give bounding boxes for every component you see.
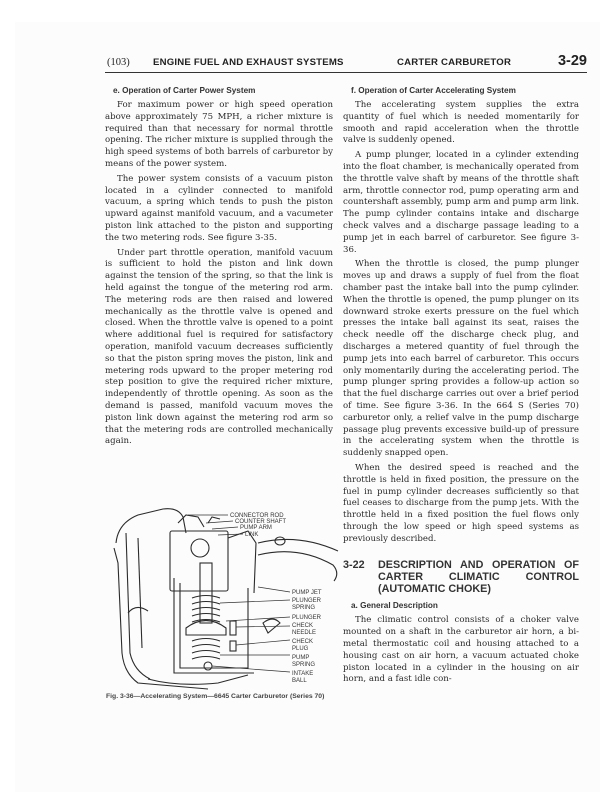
page-reference: (103) — [107, 57, 130, 68]
carburetor-cutaway-illustration: CONNECTOR ROD COUNTER SHAFT PUMP ARM LIN… — [108, 503, 340, 693]
section-heading-text: DESCRIPTION AND OPERATION OF CARTER CLIM… — [378, 559, 579, 595]
paragraph: The climatic control consists of a choke… — [343, 615, 579, 686]
paragraph: For maximum power or high speed operatio… — [105, 100, 333, 171]
svg-text:SPRING: SPRING — [292, 662, 315, 668]
subsection-heading-a: a. General Description — [351, 600, 579, 611]
subsection-heading-f: f. Operation of Carter Accelerating Syst… — [351, 85, 579, 96]
svg-text:NEEDLE: NEEDLE — [292, 630, 316, 636]
svg-text:PUMP JET: PUMP JET — [292, 590, 322, 596]
paragraph: The power system consists of a vacuum pi… — [105, 174, 333, 245]
section-number: 3-22 — [343, 559, 365, 571]
figure-accelerating-system: CONNECTOR ROD COUNTER SHAFT PUMP ARM LIN… — [108, 503, 340, 693]
svg-text:PLUNGER: PLUNGER — [292, 615, 322, 621]
svg-text:PUMP: PUMP — [292, 655, 309, 661]
left-column: e. Operation of Carter Power System For … — [105, 85, 333, 451]
right-column: f. Operation of Carter Accelerating Syst… — [343, 85, 579, 689]
section-title: ENGINE FUEL AND EXHAUST SYSTEMS — [153, 57, 344, 68]
svg-text:PLUNGER: PLUNGER — [292, 598, 322, 604]
svg-text:LINK: LINK — [245, 532, 258, 538]
paragraph: A pump plunger, located in a cylinder ex… — [343, 150, 579, 256]
svg-text:BALL: BALL — [292, 678, 307, 684]
page-number: 3-29 — [558, 53, 587, 69]
svg-text:INTAKE: INTAKE — [292, 671, 313, 677]
paragraph: When the desired speed is reached and th… — [343, 463, 579, 546]
figure-caption: Fig. 3-36—Accelerating System—6645 Carte… — [106, 693, 346, 700]
chapter-title: CARTER CARBURETOR — [397, 57, 511, 68]
paragraph: When the throttle is closed, the pump pl… — [343, 259, 579, 460]
svg-text:SPRING: SPRING — [292, 605, 315, 611]
svg-text:CHECK: CHECK — [292, 639, 313, 645]
svg-text:PUMP ARM: PUMP ARM — [240, 525, 272, 531]
paragraph: The accelerating system supplies the ext… — [343, 100, 579, 147]
svg-text:PLUG: PLUG — [292, 646, 309, 652]
svg-text:CHECK: CHECK — [292, 623, 313, 629]
section-heading-3-22: 3-22 DESCRIPTION AND OPERATION OF CARTER… — [343, 559, 579, 595]
paragraph: Under part throttle operation, manifold … — [105, 248, 333, 449]
subsection-heading-e: e. Operation of Carter Power System — [113, 85, 333, 96]
page-header: (103) ENGINE FUEL AND EXHAUST SYSTEMS CA… — [105, 56, 587, 73]
